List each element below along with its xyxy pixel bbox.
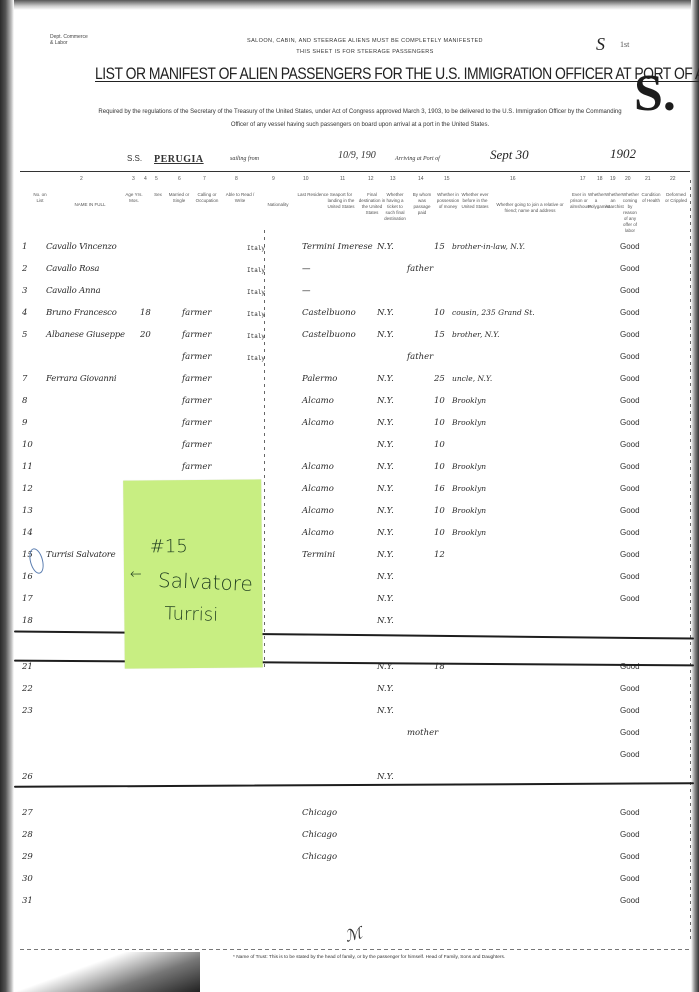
column-rule xyxy=(690,180,691,940)
health: Good xyxy=(620,852,640,861)
column-number: 13 xyxy=(390,176,396,182)
last-residence: Alcamo xyxy=(302,528,334,538)
destination: N.Y. xyxy=(377,616,394,626)
destination: N.Y. xyxy=(377,506,394,516)
arrival-date: Sept 30 xyxy=(490,147,529,163)
destination: N.Y. xyxy=(377,528,394,538)
last-residence: Castelbuono xyxy=(302,308,356,318)
destination: N.Y. xyxy=(377,374,394,384)
subtitle-line: Required by the regulations of the Secre… xyxy=(60,106,660,119)
row-number: 13 xyxy=(22,506,42,516)
row-number: 10 xyxy=(22,440,42,450)
health: Good xyxy=(620,352,640,361)
scan-edge-right xyxy=(691,0,699,992)
row-number: 9 xyxy=(22,418,42,428)
header-sex: Sex xyxy=(150,192,166,198)
money: 10 xyxy=(434,506,445,516)
last-residence: — xyxy=(302,286,311,296)
last-residence: Alcamo xyxy=(302,484,334,494)
nationality: Italy xyxy=(247,311,265,318)
table-row: mother Good xyxy=(22,724,687,746)
money: 10 xyxy=(434,396,445,406)
column-number: 11 xyxy=(340,176,345,182)
ship-prefix: S.S. xyxy=(127,154,142,163)
ticket: mother xyxy=(407,728,438,738)
header-before-us: Whether ever before in the United States xyxy=(460,192,490,210)
row-number: 2 xyxy=(22,264,42,274)
scan-edge-left xyxy=(0,0,14,992)
header-polygamist: Whether a Polygamist xyxy=(588,192,604,210)
column-number: 3 xyxy=(132,176,135,182)
column-number: 2 xyxy=(80,176,83,182)
table-row: 2 Cavallo Rosa Italy — father Good xyxy=(22,260,687,282)
destination: N.Y. xyxy=(377,550,394,560)
occupation: farmer xyxy=(182,396,211,406)
header-labor-offer: Whether coming by reason of any offer of… xyxy=(622,192,638,234)
health: Good xyxy=(620,528,640,537)
header-ticket: Whether having a ticket to such final de… xyxy=(382,192,408,222)
column-number: 5 xyxy=(155,176,158,182)
scan-corner-shadow xyxy=(0,952,200,992)
row-number: 11 xyxy=(22,462,42,472)
last-residence: — xyxy=(302,264,311,274)
money: 10 xyxy=(434,462,445,472)
health: Good xyxy=(620,808,640,817)
header-relative: Whether going to join a relative or frie… xyxy=(490,202,570,214)
bottom-rule xyxy=(20,949,690,950)
occupation: farmer xyxy=(182,374,211,384)
header-nationality: Nationality xyxy=(260,202,296,208)
sticky-note-first-name: Salvatore xyxy=(158,568,254,596)
row-number: 28 xyxy=(22,830,42,840)
table-row: 9 farmer Alcamo N.Y. 10 Brooklyn Good xyxy=(22,414,687,436)
health: Good xyxy=(620,484,640,493)
relative: uncle, N.Y. xyxy=(452,374,492,383)
row-number: 29 xyxy=(22,852,42,862)
scan-edge-top xyxy=(0,0,699,10)
health: Good xyxy=(620,896,640,905)
age: 18 xyxy=(140,308,151,318)
relative: Brooklyn xyxy=(452,484,486,493)
table-row: 29 Chicago Good xyxy=(22,848,687,870)
last-residence: Palermo xyxy=(302,374,337,384)
destination: N.Y. xyxy=(377,572,394,582)
ticket: father xyxy=(407,264,433,274)
table-row: 30 Good xyxy=(22,870,687,892)
column-number: 22 xyxy=(670,176,676,182)
column-headers: No. on List NAME IN FULL Age Yrs. Mos. S… xyxy=(20,192,690,228)
health: Good xyxy=(620,440,640,449)
last-residence: Chicago xyxy=(302,808,337,818)
header-read-write: Able to Read / Write xyxy=(223,192,257,204)
column-number: 4 xyxy=(144,176,147,182)
ship-info-line: S.S. PERUGIA sailing from 10/9, 190 Arri… xyxy=(20,146,690,172)
health: Good xyxy=(620,728,640,737)
health: Good xyxy=(620,684,640,693)
money: 15 xyxy=(434,330,445,340)
notice-line: SALOON, CABIN, AND STEERAGE ALIENS MUST … xyxy=(200,36,530,47)
arrow-left-icon: ← xyxy=(130,566,142,582)
row-number: 4 xyxy=(22,308,42,318)
table-row: 23 N.Y. Good xyxy=(22,702,687,724)
column-number: 18 xyxy=(597,176,603,182)
row-number: 17 xyxy=(22,594,42,604)
document-title: LIST OR MANIFEST OF ALIEN PASSENGERS FOR… xyxy=(95,64,530,84)
header-married: Married or Single xyxy=(168,192,190,204)
signature: ℳ xyxy=(343,923,365,947)
relative: Brooklyn xyxy=(452,528,486,537)
row-number: 18 xyxy=(22,616,42,626)
age: 20 xyxy=(140,330,151,340)
money: 10 xyxy=(434,308,445,318)
passenger-name: Ferrara Giovanni xyxy=(46,374,166,384)
sailing-date: 10/9, 190 xyxy=(338,150,376,161)
subtitle-line: Officer of any vessel having such passen… xyxy=(60,119,660,132)
last-residence: Termini Imerese xyxy=(302,242,373,252)
row-number: 8 xyxy=(22,396,42,406)
form-id: Dept. Commerce & Labor xyxy=(50,34,88,46)
money: 15 xyxy=(434,242,445,252)
health: Good xyxy=(620,418,640,427)
destination: N.Y. xyxy=(377,396,394,406)
table-row: 1 Cavallo Vincenzo Italy Termini Imerese… xyxy=(22,238,687,260)
last-residence: Alcamo xyxy=(302,418,334,428)
sticky-note: #15 ← Salvatore Turrisi xyxy=(123,479,263,668)
sticky-note-last-name: Turrisi xyxy=(164,603,218,625)
relative: brother-in-law, N.Y. xyxy=(452,242,525,251)
table-row: 12 Alcamo N.Y. 16 Brooklyn Good xyxy=(22,480,687,502)
header-no: No. on List xyxy=(30,192,50,204)
last-residence: Chicago xyxy=(302,830,337,840)
header-money: Whether in possession of money xyxy=(435,192,461,210)
relative: Brooklyn xyxy=(452,396,486,405)
table-row: 8 farmer Alcamo N.Y. 10 Brooklyn Good xyxy=(22,392,687,414)
table-row: 5 Albanese Giuseppe 20 farmer Italy Cast… xyxy=(22,326,687,348)
row-number: 7 xyxy=(22,374,42,384)
header-health: Condition of Health xyxy=(640,192,662,204)
nationality: Italy xyxy=(247,289,265,296)
column-number: 6 xyxy=(178,176,181,182)
destination: N.Y. xyxy=(377,418,394,428)
sheet-mark-note: 1st xyxy=(620,40,629,49)
document-subtitle: Required by the regulations of the Secre… xyxy=(60,106,660,132)
occupation: farmer xyxy=(182,440,211,450)
arrival-year: 1902 xyxy=(610,146,636,162)
column-number: 12 xyxy=(368,176,374,182)
row-number: 27 xyxy=(22,808,42,818)
health: Good xyxy=(620,594,640,603)
row-number: 31 xyxy=(22,896,42,906)
health: Good xyxy=(620,750,640,759)
row-number: 23 xyxy=(22,706,42,716)
table-row: 16 N.Y. Good xyxy=(22,568,687,590)
nationality: Italy xyxy=(247,333,265,340)
relative: Brooklyn xyxy=(452,462,486,471)
health: Good xyxy=(620,572,640,581)
table-row-highlighted: 15 Turrisi Salvatore Termini N.Y. 12 Goo… xyxy=(22,546,687,568)
destination: N.Y. xyxy=(377,308,394,318)
occupation: farmer xyxy=(182,330,211,340)
column-number: 8 xyxy=(235,176,238,182)
money: 12 xyxy=(434,550,445,560)
relative: Brooklyn xyxy=(452,418,486,427)
arriving-label: Arriving at Port of xyxy=(395,156,440,162)
destination: N.Y. xyxy=(377,484,394,494)
sticky-note-number: #15 xyxy=(150,536,188,557)
health: Good xyxy=(620,550,640,559)
row-number: 3 xyxy=(22,286,42,296)
header-passage-paid: By whom was passage paid xyxy=(410,192,434,216)
last-residence: Castelbuono xyxy=(302,330,356,340)
column-number: 9 xyxy=(272,176,275,182)
destination: N.Y. xyxy=(377,706,394,716)
passenger-name: Cavallo Rosa xyxy=(46,264,166,274)
money: 16 xyxy=(434,484,445,494)
health: Good xyxy=(620,242,640,251)
row-number: 22 xyxy=(22,684,42,694)
last-residence: Alcamo xyxy=(302,462,334,472)
money: 10 xyxy=(434,440,445,450)
occupation: farmer xyxy=(182,308,211,318)
table-row: 7 Ferrara Giovanni farmer Palermo N.Y. 2… xyxy=(22,370,687,392)
header-occupation: Calling or Occupation xyxy=(192,192,222,204)
footnote: * Name of Trust: This is to be stated by… xyxy=(233,955,505,960)
row-number: 14 xyxy=(22,528,42,538)
last-residence: Alcamo xyxy=(302,506,334,516)
column-number: 7 xyxy=(203,176,206,182)
table-row: Good xyxy=(22,746,687,768)
header-deformed: Deformed or Crippled xyxy=(664,192,688,204)
ship-name: PERUGIA xyxy=(154,154,204,165)
header-age: Age Yrs. Mos. xyxy=(120,192,148,204)
notice-line: THIS SHEET IS FOR STEERAGE PASSENGERS xyxy=(200,47,530,58)
column-number: 14 xyxy=(418,176,424,182)
health: Good xyxy=(620,830,640,839)
row-number: 21 xyxy=(22,662,42,672)
row-number: 26 xyxy=(22,772,42,782)
column-number: 19 xyxy=(610,176,616,182)
column-number: 21 xyxy=(645,176,651,182)
table-row: 31 Good xyxy=(22,892,687,914)
health: Good xyxy=(620,286,640,295)
nationality: Italy xyxy=(247,355,265,362)
relative: cousin, 235 Grand St. xyxy=(452,308,535,317)
table-row: 28 Chicago Good xyxy=(22,826,687,848)
destination: N.Y. xyxy=(377,684,394,694)
table-row: farmer Italy father Good xyxy=(22,348,687,370)
destination: N.Y. xyxy=(377,462,394,472)
relative: Brooklyn xyxy=(452,506,486,515)
nationality: Italy xyxy=(247,245,265,252)
row-number: 5 xyxy=(22,330,42,340)
destination: N.Y. xyxy=(377,594,394,604)
header-anarchist: Whether an Anarchist xyxy=(605,192,621,210)
table-row: 10 farmer N.Y. 10 Good xyxy=(22,436,687,458)
last-residence: Chicago xyxy=(302,852,337,862)
destination: N.Y. xyxy=(377,330,394,340)
health: Good xyxy=(620,462,640,471)
money: 25 xyxy=(434,374,445,384)
health: Good xyxy=(620,308,640,317)
money: 10 xyxy=(434,528,445,538)
relative: brother, N.Y. xyxy=(452,330,500,339)
table-row: 3 Cavallo Anna Italy — Good xyxy=(22,282,687,304)
health: Good xyxy=(620,264,640,273)
column-number: 17 xyxy=(580,176,586,182)
column-number: 20 xyxy=(625,176,631,182)
passenger-name: Cavallo Vincenzo xyxy=(46,242,166,252)
destination: N.Y. xyxy=(377,772,394,782)
money: 10 xyxy=(434,418,445,428)
header-seaport: Seaport for landing in the United States xyxy=(326,192,356,210)
table-row: 14 Alcamo N.Y. 10 Brooklyn Good xyxy=(22,524,687,546)
table-row: 22 N.Y. Good xyxy=(22,680,687,702)
destination: N.Y. xyxy=(377,440,394,450)
column-numbers: 2 3 4 5 6 7 8 9 10 11 12 13 14 15 16 17 … xyxy=(20,176,690,186)
sheet-mark: S xyxy=(596,34,605,55)
health: Good xyxy=(620,874,640,883)
passenger-name: Cavallo Anna xyxy=(46,286,166,296)
column-number: 16 xyxy=(510,176,516,182)
row-number: 12 xyxy=(22,484,42,494)
header-prison: Ever in prison or almshouse xyxy=(570,192,588,210)
header-name: NAME IN FULL xyxy=(60,202,120,208)
nationality: Italy xyxy=(247,267,265,274)
top-notice: SALOON, CABIN, AND STEERAGE ALIENS MUST … xyxy=(200,36,530,58)
health: Good xyxy=(620,330,640,339)
form-id-line: & Labor xyxy=(50,40,88,46)
column-number: 10 xyxy=(303,176,309,182)
row-number: 30 xyxy=(22,874,42,884)
occupation: farmer xyxy=(182,462,211,472)
column-number: 15 xyxy=(444,176,450,182)
health: Good xyxy=(620,374,640,383)
sailing-label: sailing from xyxy=(230,156,259,162)
table-row: 27 Chicago Good xyxy=(22,804,687,826)
table-row: 4 Bruno Francesco 18 farmer Italy Castel… xyxy=(22,304,687,326)
table-row: 11 farmer Alcamo N.Y. 10 Brooklyn Good xyxy=(22,458,687,480)
health: Good xyxy=(620,706,640,715)
table-row: 17 N.Y. Good xyxy=(22,590,687,612)
last-residence: Termini xyxy=(302,550,335,560)
ticket: father xyxy=(407,352,433,362)
health: Good xyxy=(620,396,640,405)
row-number: 1 xyxy=(22,242,42,252)
health: Good xyxy=(620,506,640,515)
occupation: farmer xyxy=(182,352,211,362)
last-residence: Alcamo xyxy=(302,396,334,406)
table-row: 13 Alcamo N.Y. 10 Brooklyn Good xyxy=(22,502,687,524)
destination: N.Y. xyxy=(377,242,394,252)
occupation: farmer xyxy=(182,418,211,428)
